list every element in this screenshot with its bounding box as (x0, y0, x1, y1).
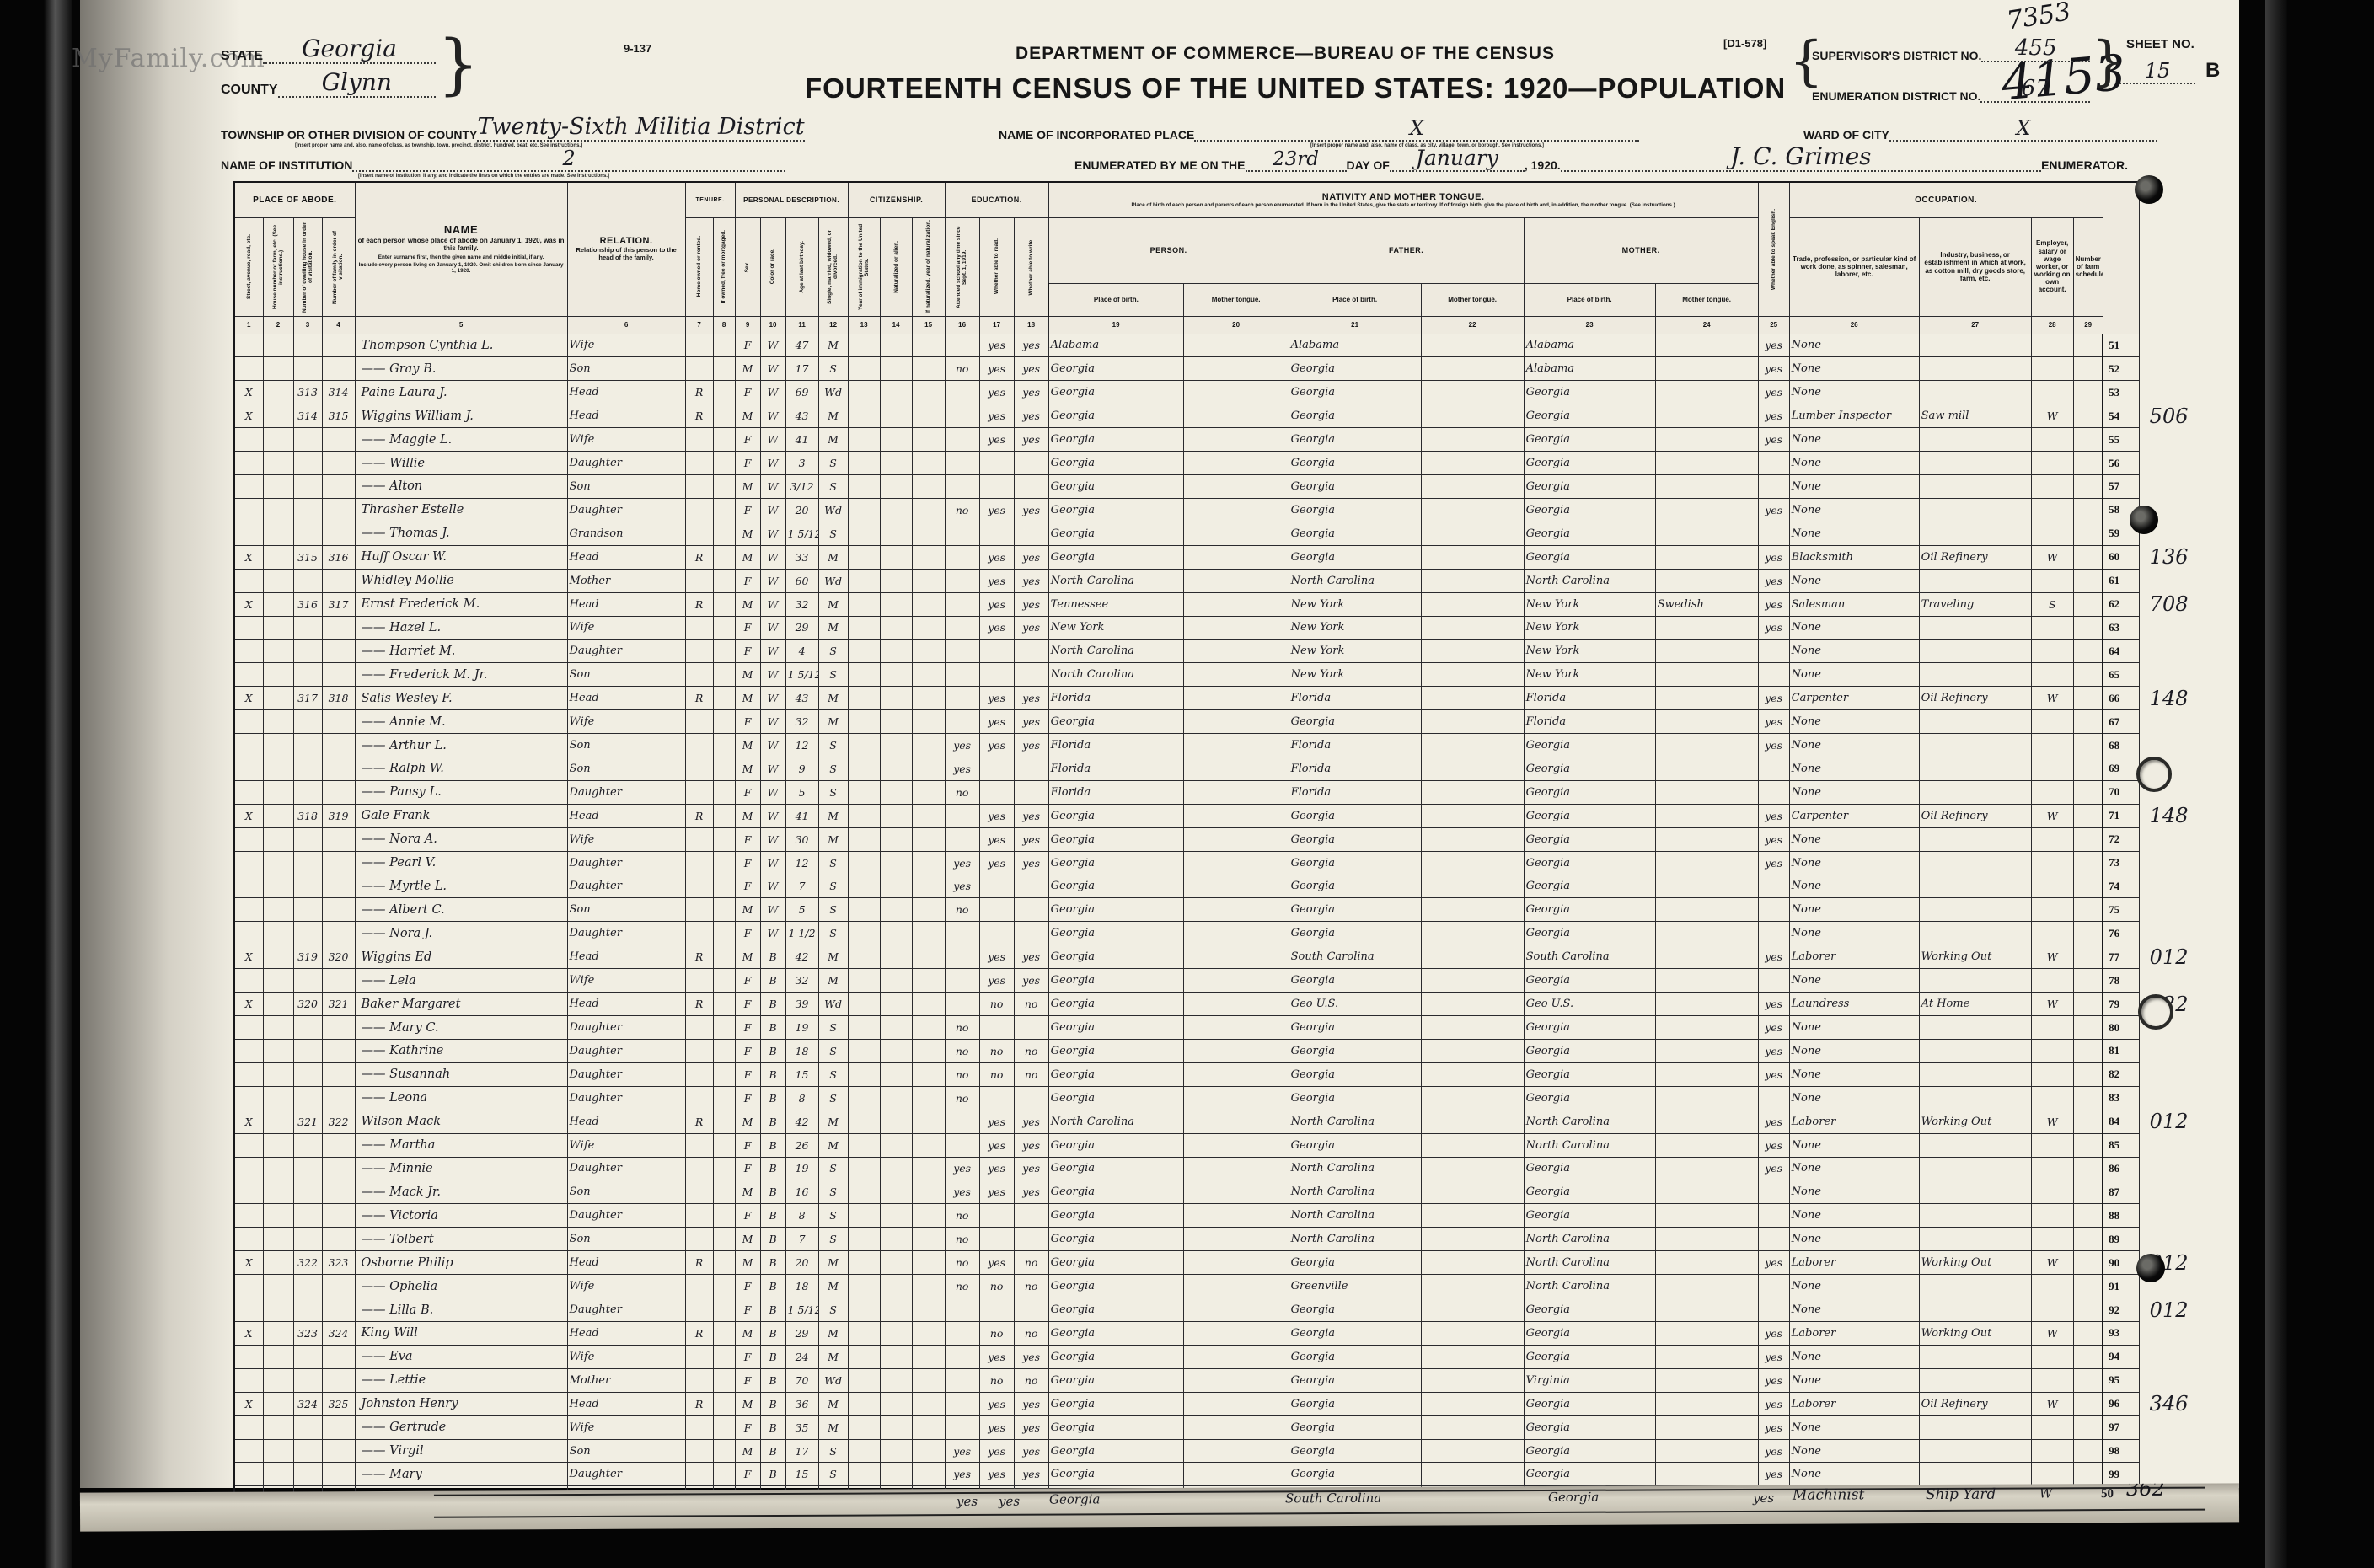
cell-immigration-year (848, 1415, 880, 1439)
cell-dwelling-number: 314 (293, 404, 322, 428)
cell-naturalization-year (912, 780, 945, 804)
cell-color-race: W (760, 498, 785, 522)
cell-employer-class: W (2031, 1251, 2073, 1275)
table-row: —— Pearl V. Daughter F W 12 S yes yes ye… (234, 851, 2206, 875)
cell-immigration-year (848, 334, 880, 357)
cell-color-race: W (760, 428, 785, 452)
cell-farm-schedule (2073, 827, 2103, 851)
cell-immigration-year (848, 969, 880, 993)
cell-naturalization-year (912, 1322, 945, 1346)
cell-industry: Oil Refinery (1919, 804, 2031, 827)
cell-house-number (263, 851, 293, 875)
cell-family-number (322, 1275, 355, 1298)
cell-naturalized (880, 381, 912, 404)
cell-mother-mother-tongue (1655, 734, 1758, 757)
cell-employer-class (2031, 827, 2073, 851)
cell-naturalization-year (912, 498, 945, 522)
cell-age: 4 (785, 640, 818, 663)
cell-father-mother-tongue (1421, 404, 1524, 428)
cell-family-number (322, 1016, 355, 1040)
cell-mother-tongue (1183, 687, 1289, 710)
cell-naturalized (880, 1392, 912, 1415)
cell-attended-school: yes (945, 1439, 979, 1463)
cell-father-place-of-birth: Georgia (1289, 1345, 1421, 1368)
cell-attended-school (945, 1322, 979, 1346)
cell-home-owned: R (685, 1392, 713, 1415)
cell-place-of-birth: Georgia (1048, 1345, 1183, 1368)
cell-enumeration-mark: X (234, 1110, 263, 1133)
cell-color-race: W (760, 757, 785, 780)
cell-mother-tongue (1183, 780, 1289, 804)
cell-naturalization-year (912, 334, 945, 357)
cell-trade: None (1789, 780, 1919, 804)
column-employer: Employer, salary or wage worker, or work… (2031, 217, 2073, 316)
cell-father-place-of-birth: Georgia (1289, 1439, 1421, 1463)
sliver-occupation: Machinist (1793, 1486, 1864, 1503)
cell-place-of-birth: Georgia (1048, 498, 1183, 522)
cell-immigration-year (848, 1298, 880, 1322)
cell-sex: M (735, 687, 760, 710)
cell-mother-tongue (1183, 381, 1289, 404)
cell-mother-mother-tongue (1655, 1016, 1758, 1040)
line-number: 83 (2103, 1086, 2139, 1110)
cell-mother-place-of-birth: Georgia (1524, 827, 1655, 851)
cell-enumeration-mark (234, 1228, 263, 1251)
cell-trade: None (1789, 381, 1919, 404)
cell-employer-class: W (2031, 404, 2073, 428)
cell-free-mortgaged (713, 569, 735, 592)
cell-mother-mother-tongue (1655, 687, 1758, 710)
cell-speaks-english: yes (1758, 404, 1789, 428)
cell-family-number: 322 (322, 1110, 355, 1133)
cell-employer-class (2031, 663, 2073, 687)
cell-employer-class (2031, 1439, 2073, 1463)
cell-enumeration-mark: X (234, 1251, 263, 1275)
cell-age: 9 (785, 757, 818, 780)
cell-house-number (263, 1415, 293, 1439)
cell-trade: None (1789, 1180, 1919, 1204)
cell-color-race: W (760, 663, 785, 687)
enumeration-district-label: ENUMERATION DISTRICT NO. (1812, 89, 1980, 103)
cell-place-of-birth: New York (1048, 616, 1183, 640)
table-row: —— Nora A. Wife F W 30 M yes yes Georgia… (234, 827, 2206, 851)
line-number: 51 (2103, 334, 2139, 357)
cell-enumeration-mark (234, 640, 263, 663)
cell-age: 29 (785, 1322, 818, 1346)
cell-immigration-year (848, 1275, 880, 1298)
hole-punch (2135, 175, 2163, 204)
cell-able-to-read (979, 1016, 1014, 1040)
cell-able-to-write: yes (1014, 616, 1048, 640)
cell-dwelling-number (293, 1439, 322, 1463)
margin-note (2139, 381, 2206, 404)
cell-naturalized (880, 710, 912, 734)
cell-place-of-birth: Georgia (1048, 851, 1183, 875)
cell-mother-mother-tongue (1655, 945, 1758, 969)
cell-employer-class (2031, 898, 2073, 922)
table-row: X 315 316 Huff Oscar W. Head R M W 33 M … (234, 545, 2206, 569)
cell-immigration-year (848, 1204, 880, 1228)
cell-place-of-birth: Florida (1048, 780, 1183, 804)
line-number: 69 (2103, 757, 2139, 780)
cell-dwelling-number (293, 969, 322, 993)
cell-father-place-of-birth: North Carolina (1289, 1228, 1421, 1251)
cell-able-to-read (979, 522, 1014, 545)
cell-free-mortgaged (713, 1439, 735, 1463)
cell-home-owned: R (685, 404, 713, 428)
cell-relation: Daughter (567, 1204, 685, 1228)
cell-family-number (322, 522, 355, 545)
cell-able-to-read (979, 922, 1014, 945)
cell-sex: F (735, 452, 760, 475)
cell-naturalization-year (912, 1251, 945, 1275)
cell-industry (1919, 1062, 2031, 1086)
cell-naturalized (880, 663, 912, 687)
cell-relation: Wife (567, 428, 685, 452)
cell-relation: Head (567, 404, 685, 428)
line-number: 65 (2103, 663, 2139, 687)
cell-able-to-read (979, 757, 1014, 780)
cell-home-owned (685, 1463, 713, 1486)
cell-industry (1919, 640, 2031, 663)
cell-family-number: 318 (322, 687, 355, 710)
cell-attended-school: no (945, 898, 979, 922)
table-row: —— Ophelia Wife F B 18 M no no no Georgi… (234, 1275, 2206, 1298)
cell-name: —— Alton (355, 474, 567, 498)
cell-place-of-birth: North Carolina (1048, 1110, 1183, 1133)
cell-mother-place-of-birth: North Carolina (1524, 1110, 1655, 1133)
cell-farm-schedule (2073, 474, 2103, 498)
table-row: —— Arthur L. Son M W 12 S yes yes yes Fl… (234, 734, 2206, 757)
cell-free-mortgaged (713, 498, 735, 522)
cell-farm-schedule (2073, 757, 2103, 780)
cell-naturalized (880, 1368, 912, 1392)
cell-trade: None (1789, 616, 1919, 640)
cell-sex: F (735, 1463, 760, 1486)
cell-name: —— Minnie (355, 1157, 567, 1180)
cell-dwelling-number (293, 827, 322, 851)
cell-attended-school: yes (945, 734, 979, 757)
cell-mother-place-of-birth: New York (1524, 640, 1655, 663)
cell-free-mortgaged (713, 1062, 735, 1086)
table-row: Whidley Mollie Mother F W 60 Wd yes yes … (234, 569, 2206, 592)
cell-farm-schedule (2073, 993, 2103, 1016)
cell-name: Thompson Cynthia L. (355, 334, 567, 357)
cell-mother-mother-tongue (1655, 498, 1758, 522)
line-number: 94 (2103, 1345, 2139, 1368)
line-number: 60 (2103, 545, 2139, 569)
cell-family-number: 317 (322, 592, 355, 616)
cell-dwelling-number: 318 (293, 804, 322, 827)
cell-age: 36 (785, 1392, 818, 1415)
cell-naturalization-year (912, 1133, 945, 1157)
cell-sex: M (735, 1322, 760, 1346)
cell-father-mother-tongue (1421, 428, 1524, 452)
cell-house-number (263, 969, 293, 993)
cell-able-to-read: yes (979, 1345, 1014, 1368)
township-value: Twenty-Sixth Militia District (477, 114, 804, 140)
cell-father-mother-tongue (1421, 1016, 1524, 1040)
cell-dwelling-number (293, 780, 322, 804)
cell-immigration-year (848, 734, 880, 757)
column-able-to-write: Whether able to write. (1014, 217, 1048, 316)
cell-place-of-birth: Georgia (1048, 1086, 1183, 1110)
cell-speaks-english: yes (1758, 1039, 1789, 1062)
cell-naturalized (880, 875, 912, 898)
nativity-subtitle: Place of birth of each person and parent… (1051, 202, 1756, 208)
cell-father-mother-tongue (1421, 452, 1524, 475)
cell-industry: At Home (1919, 993, 2031, 1016)
cell-industry (1919, 757, 2031, 780)
nativity-title: NATIVITY AND MOTHER TONGUE. (1051, 192, 1756, 202)
cell-speaks-english: yes (1758, 616, 1789, 640)
cell-speaks-english: yes (1758, 993, 1789, 1016)
cell-mother-place-of-birth: Georgia (1524, 1180, 1655, 1204)
table-row: —— Susannah Daughter F B 15 S no no no G… (234, 1062, 2206, 1086)
line-number: 68 (2103, 734, 2139, 757)
cell-mother-mother-tongue (1655, 404, 1758, 428)
hole-punch (2136, 1254, 2165, 1282)
cell-dwelling-number (293, 569, 322, 592)
cell-mother-tongue (1183, 663, 1289, 687)
cell-age: 1 5/12 (785, 1298, 818, 1322)
cell-color-race: W (760, 522, 785, 545)
column-immigration-year: Year of immigration to the United States… (848, 217, 880, 316)
cell-free-mortgaged (713, 404, 735, 428)
cell-name: Whidley Mollie (355, 569, 567, 592)
table-row: —— Gray B. Son M W 17 S no yes yes Georg… (234, 357, 2206, 381)
cell-immigration-year (848, 1345, 880, 1368)
cell-free-mortgaged (713, 1322, 735, 1346)
group-father: FATHER. (1289, 217, 1524, 283)
cell-speaks-english (1758, 1204, 1789, 1228)
cell-mother-tongue (1183, 1204, 1289, 1228)
enumerated-day: 23rd (1273, 148, 1319, 170)
cell-father-mother-tongue (1421, 1368, 1524, 1392)
cell-able-to-read: yes (979, 1463, 1014, 1486)
cell-father-mother-tongue (1421, 474, 1524, 498)
cell-name: —— Gray B. (355, 357, 567, 381)
cell-free-mortgaged (713, 640, 735, 663)
cell-father-place-of-birth: North Carolina (1289, 1157, 1421, 1180)
cell-mother-mother-tongue (1655, 452, 1758, 475)
cell-enumeration-mark: X (234, 381, 263, 404)
cell-father-place-of-birth: Georgia (1289, 875, 1421, 898)
cell-free-mortgaged (713, 522, 735, 545)
cell-family-number (322, 898, 355, 922)
cell-farm-schedule (2073, 1062, 2103, 1086)
cell-speaks-english: yes (1758, 710, 1789, 734)
cell-father-mother-tongue (1421, 663, 1524, 687)
cell-mother-place-of-birth: Florida (1524, 710, 1655, 734)
cell-employer-class (2031, 616, 2073, 640)
cell-speaks-english: yes (1758, 498, 1789, 522)
cell-attended-school (945, 1110, 979, 1133)
cell-naturalized (880, 640, 912, 663)
cell-sex: F (735, 1016, 760, 1040)
cell-speaks-english: yes (1758, 1110, 1789, 1133)
line-number: 72 (2103, 827, 2139, 851)
cell-father-mother-tongue (1421, 1345, 1524, 1368)
cell-mother-place-of-birth: North Carolina (1524, 1275, 1655, 1298)
cell-father-mother-tongue (1421, 945, 1524, 969)
cell-mother-place-of-birth: Georgia (1524, 851, 1655, 875)
cell-naturalized (880, 1345, 912, 1368)
cell-family-number: 325 (322, 1392, 355, 1415)
cell-industry (1919, 1345, 2031, 1368)
cell-trade: None (1789, 969, 1919, 993)
cell-marital: Wd (818, 993, 848, 1016)
cell-house-number (263, 1298, 293, 1322)
cell-able-to-write: no (1014, 1368, 1048, 1392)
cell-industry (1919, 1275, 2031, 1298)
cell-family-number: 316 (322, 545, 355, 569)
cell-dwelling-number (293, 663, 322, 687)
cell-mother-place-of-birth: Georgia (1524, 428, 1655, 452)
cell-employer-class (2031, 922, 2073, 945)
cell-father-mother-tongue (1421, 851, 1524, 875)
cell-immigration-year (848, 498, 880, 522)
cell-father-mother-tongue (1421, 1392, 1524, 1415)
cell-able-to-read: yes (979, 734, 1014, 757)
cell-name: —— Nora J. (355, 922, 567, 945)
cell-dwelling-number (293, 1415, 322, 1439)
cell-dwelling-number (293, 734, 322, 757)
enumerator-name: J. C. Grimes (1730, 142, 1871, 170)
cell-father-place-of-birth: Geo U.S. (1289, 993, 1421, 1016)
cell-father-mother-tongue (1421, 1180, 1524, 1204)
cell-father-place-of-birth: Florida (1289, 780, 1421, 804)
cell-place-of-birth: North Carolina (1048, 663, 1183, 687)
cell-family-number (322, 780, 355, 804)
cell-trade: Salesman (1789, 592, 1919, 616)
column-number: 3 (293, 316, 322, 334)
column-number: 9 (735, 316, 760, 334)
cell-industry (1919, 1368, 2031, 1392)
margin-note: 012 (2139, 1298, 2206, 1322)
cell-home-owned (685, 734, 713, 757)
cell-speaks-english (1758, 922, 1789, 945)
cell-mother-place-of-birth: Georgia (1524, 545, 1655, 569)
cell-mother-place-of-birth: Alabama (1524, 334, 1655, 357)
cell-naturalization-year (912, 357, 945, 381)
cell-color-race: W (760, 616, 785, 640)
cell-free-mortgaged (713, 1228, 735, 1251)
cell-mother-place-of-birth: Georgia (1524, 780, 1655, 804)
cell-attended-school (945, 1345, 979, 1368)
cell-father-place-of-birth: Georgia (1289, 452, 1421, 475)
cell-relation: Head (567, 993, 685, 1016)
cell-able-to-write: yes (1014, 1345, 1048, 1368)
cell-sex: F (735, 1157, 760, 1180)
cell-able-to-write: no (1014, 1275, 1048, 1298)
cell-employer-class (2031, 1133, 2073, 1157)
cell-industry (1919, 1463, 2031, 1486)
cell-speaks-english: yes (1758, 1392, 1789, 1415)
line-number: 63 (2103, 616, 2139, 640)
cell-age: 17 (785, 357, 818, 381)
cell-name: —— Lela (355, 969, 567, 993)
cell-able-to-read: yes (979, 616, 1014, 640)
cell-free-mortgaged (713, 757, 735, 780)
cell-enumeration-mark (234, 452, 263, 475)
cell-father-place-of-birth: Georgia (1289, 1298, 1421, 1322)
cell-family-number (322, 474, 355, 498)
table-row: X 313 314 Paine Laura J. Head R F W 69 W… (234, 381, 2206, 404)
cell-employer-class (2031, 1275, 2073, 1298)
cell-able-to-read (979, 640, 1014, 663)
cell-name: —— Mack Jr. (355, 1180, 567, 1204)
cell-able-to-read: no (979, 1039, 1014, 1062)
father-place-of-birth: Place of birth. (1289, 283, 1421, 316)
cell-father-mother-tongue (1421, 1463, 1524, 1486)
cell-sex: M (735, 898, 760, 922)
cell-age: 3 (785, 452, 818, 475)
cell-color-race: B (760, 1415, 785, 1439)
cell-enumeration-mark (234, 710, 263, 734)
cell-farm-schedule (2073, 452, 2103, 475)
cell-able-to-read (979, 898, 1014, 922)
group-relation: RELATION. Relationship of this person to… (567, 182, 685, 316)
cell-home-owned (685, 1133, 713, 1157)
table-row: X 319 320 Wiggins Ed Head R M B 42 M yes… (234, 945, 2206, 969)
column-naturalized: Naturalized or alien. (880, 217, 912, 316)
cell-age: 20 (785, 498, 818, 522)
cell-mother-mother-tongue (1655, 993, 1758, 1016)
cell-sex: M (735, 734, 760, 757)
cell-employer-class (2031, 1368, 2073, 1392)
cell-dwelling-number: 317 (293, 687, 322, 710)
margin-note (2139, 1345, 2206, 1368)
cell-age: 24 (785, 1345, 818, 1368)
cell-free-mortgaged (713, 1157, 735, 1180)
table-row: —— Leona Daughter F B 8 S no Georgia Geo… (234, 1086, 2206, 1110)
cell-employer-class (2031, 452, 2073, 475)
cell-family-number (322, 452, 355, 475)
margin-note: 012 (2139, 945, 2206, 969)
cell-able-to-write (1014, 1298, 1048, 1322)
cell-home-owned (685, 522, 713, 545)
cell-mother-tongue (1183, 827, 1289, 851)
cell-mother-mother-tongue (1655, 898, 1758, 922)
cell-enumeration-mark (234, 969, 263, 993)
cell-name: Osborne Philip (355, 1251, 567, 1275)
census-table: PLACE OF ABODE. NAME of each person whos… (233, 181, 2206, 1511)
cell-speaks-english: yes (1758, 1345, 1789, 1368)
cell-sex: F (735, 1086, 760, 1110)
cell-industry (1919, 474, 2031, 498)
cell-naturalized (880, 827, 912, 851)
incorporated-place-field: NAME OF INCORPORATED PLACE X (999, 108, 1639, 142)
mother-place-of-birth: Place of birth. (1524, 283, 1655, 316)
cell-place-of-birth: Georgia (1048, 898, 1183, 922)
cell-sex: F (735, 616, 760, 640)
cell-enumeration-mark (234, 1157, 263, 1180)
column-number: 27 (1919, 316, 2031, 334)
cell-father-place-of-birth: Georgia (1289, 357, 1421, 381)
cell-father-place-of-birth: Georgia (1289, 710, 1421, 734)
cell-speaks-english: yes (1758, 1415, 1789, 1439)
census-sheet: MyFamily.com 7353 4153 9-137 DEPARTMENT … (80, 0, 2239, 1488)
cell-mother-place-of-birth: Georgia (1524, 1298, 1655, 1322)
cell-father-place-of-birth: Georgia (1289, 1322, 1421, 1346)
margin-note (2139, 1039, 2206, 1062)
cell-home-owned (685, 1157, 713, 1180)
cell-name: —— Arthur L. (355, 734, 567, 757)
cell-industry (1919, 1415, 2031, 1439)
cell-farm-schedule (2073, 1298, 2103, 1322)
cell-home-owned (685, 922, 713, 945)
